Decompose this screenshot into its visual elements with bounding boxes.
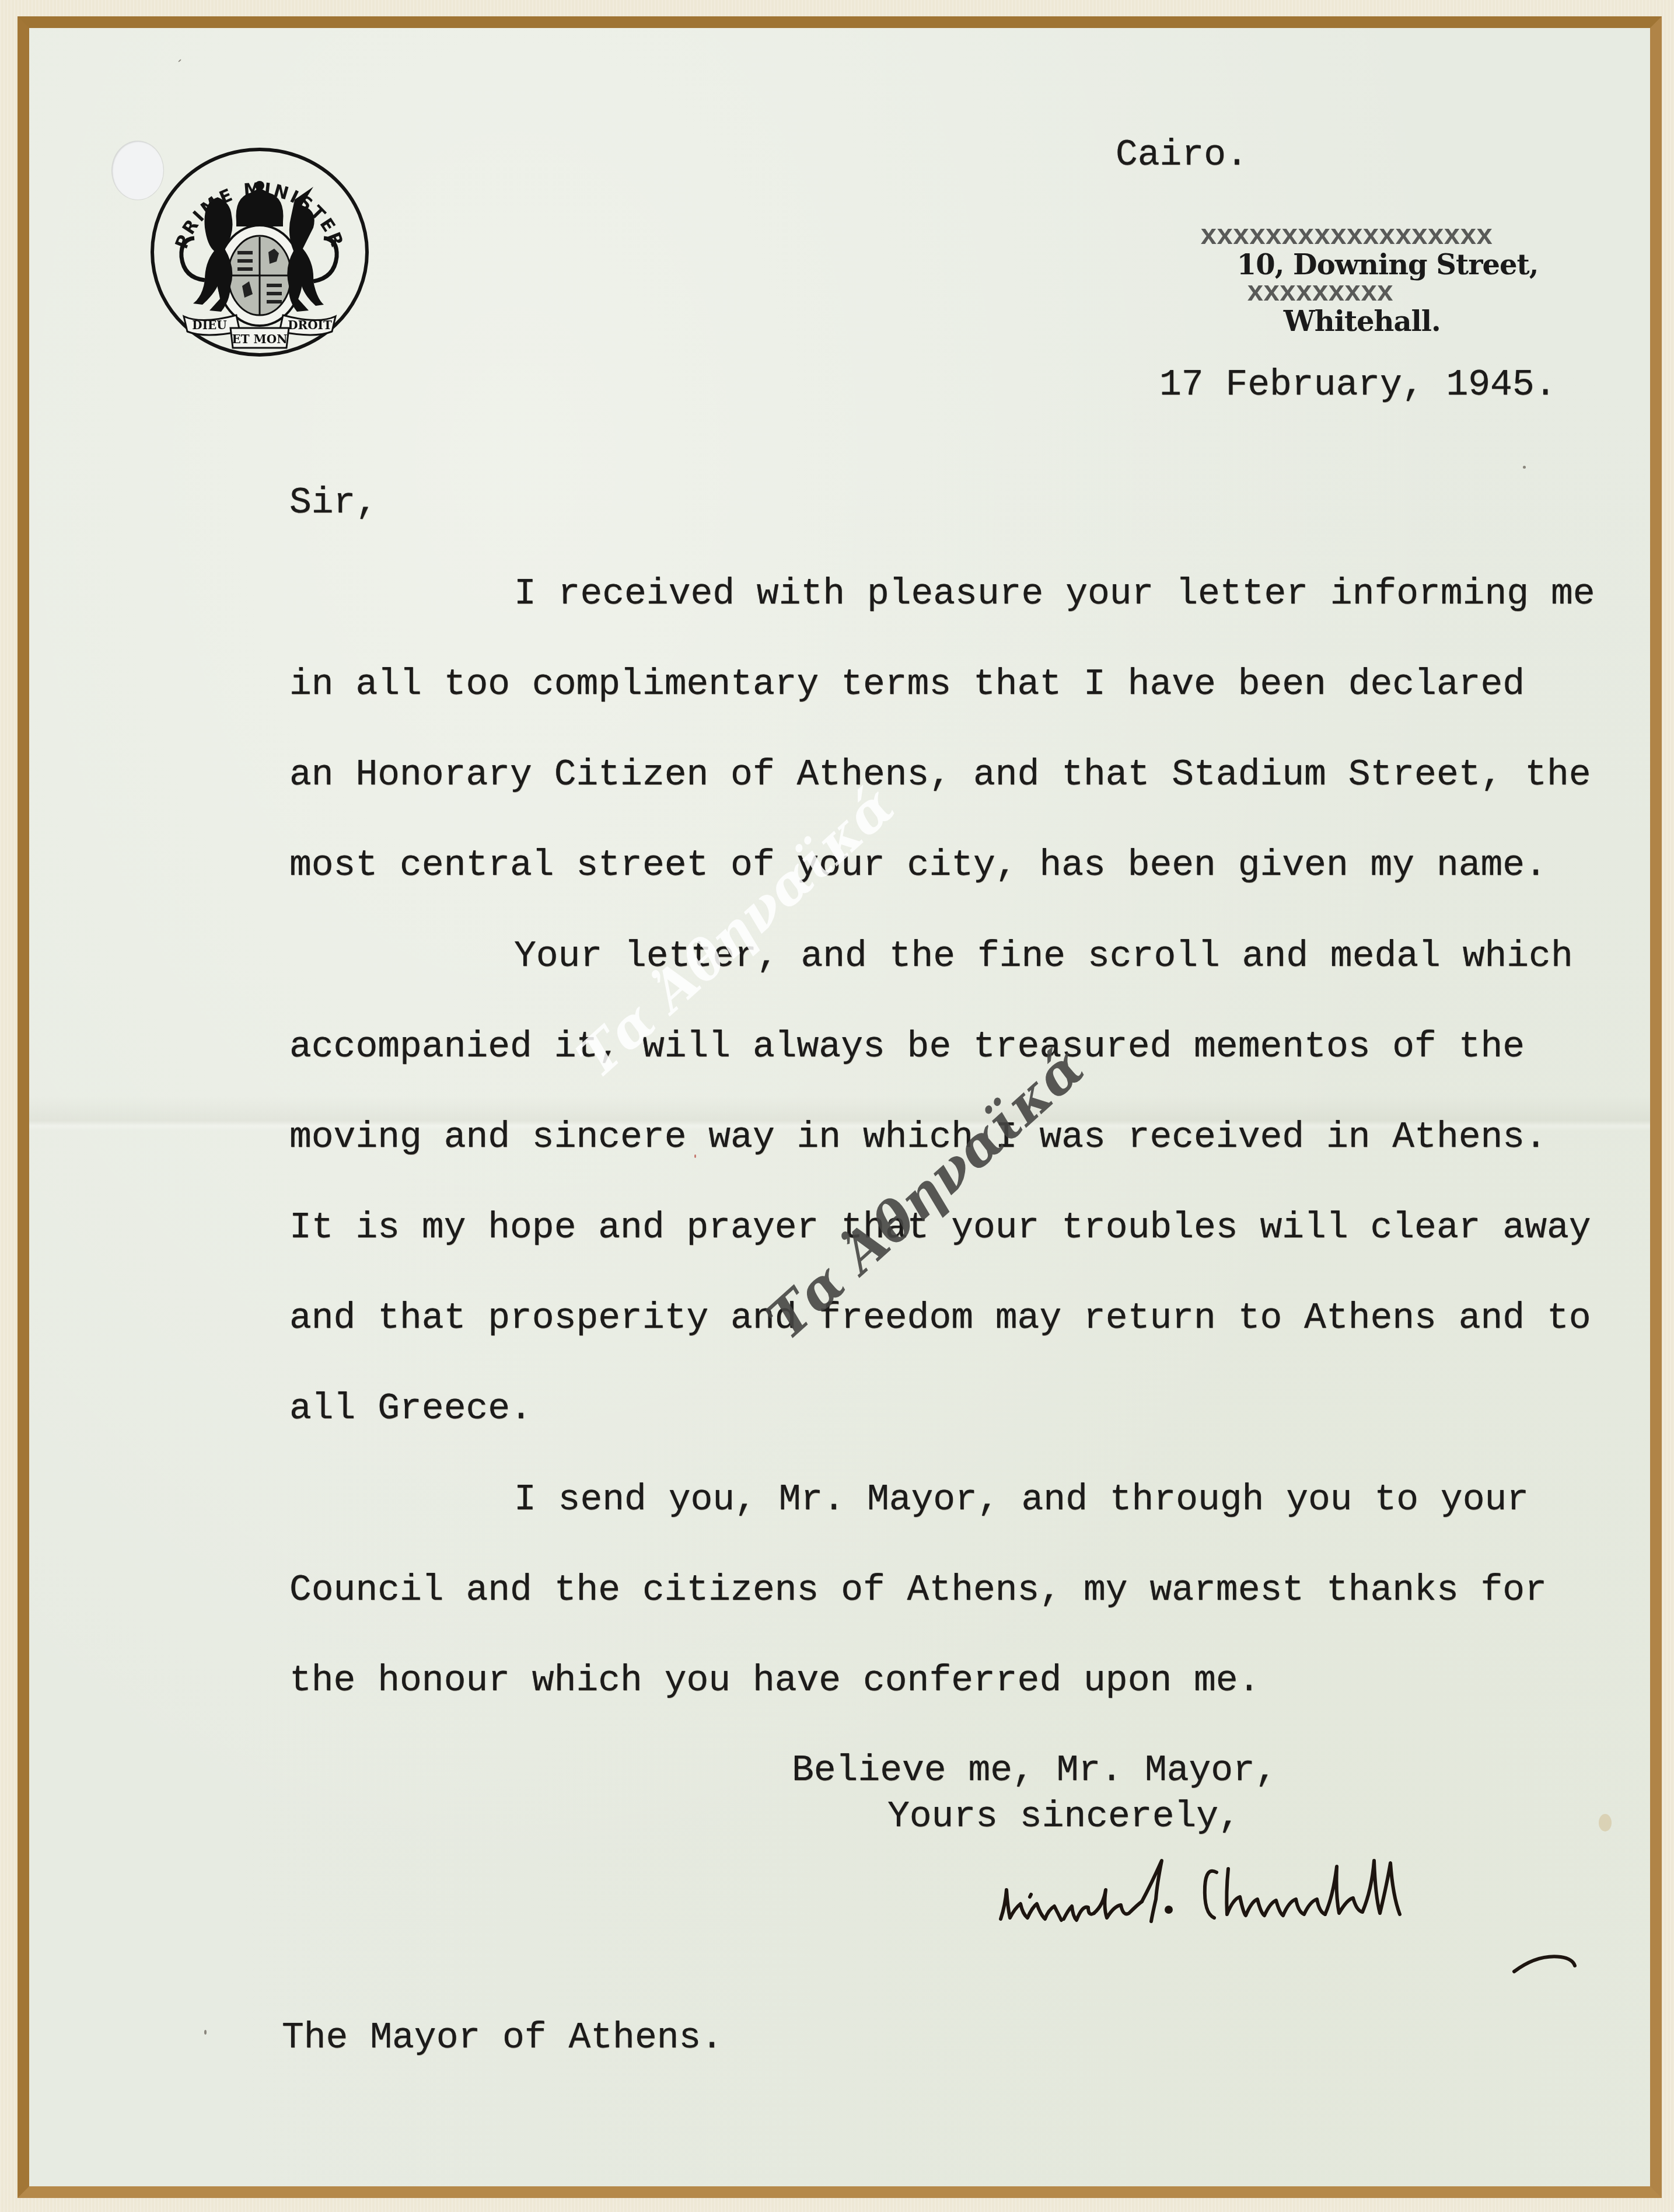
svg-text:ET MON: ET MON	[232, 332, 288, 346]
signature: Winston S. Churchill	[995, 1849, 1648, 2001]
letter-paper: PRIME MINISTER DIEU DROIT ET MON	[29, 28, 1650, 2186]
prime-minister-crest-icon: PRIME MINISTER DIEU DROIT ET MON	[149, 146, 371, 359]
body-line: and that prosperity and freedom may retu…	[289, 1300, 1591, 1337]
body-line: accompanied it, will always be treasured…	[289, 1028, 1525, 1065]
closing-line: Yours sincerely,	[887, 1798, 1240, 1835]
letterhead-text: 10, Downing Street,	[1237, 249, 1539, 281]
letterhead-text: Whitehall.	[1284, 305, 1441, 338]
body-line: the honour which you have conferred upon…	[289, 1662, 1260, 1699]
letterhead-strikeout: xxxxxxxxx	[1247, 280, 1393, 308]
body-line: moving and sincere way in which I was re…	[289, 1119, 1547, 1156]
place-line: Cairo.	[1116, 137, 1248, 173]
body-line: I send you, Mr. Mayor, and through you t…	[514, 1481, 1529, 1518]
body-line: Council and the citizens of Athens, my w…	[289, 1572, 1547, 1609]
date-line: 17 February, 1945.	[1159, 367, 1557, 403]
paper-speck	[1523, 466, 1526, 469]
paper-speck	[694, 1154, 696, 1158]
paper-speck	[1599, 1814, 1612, 1831]
salutation: Sir,	[289, 484, 378, 521]
body-line: an Honorary Citizen of Athens, and that …	[289, 756, 1591, 793]
paper-speck	[178, 59, 181, 62]
closing-line: Believe me, Mr. Mayor,	[792, 1752, 1277, 1789]
body-line: in all too complimentary terms that I ha…	[289, 666, 1525, 703]
addressee: The Mayor of Athens.	[282, 2019, 723, 2056]
body-line: all Greece.	[289, 1390, 532, 1427]
letterhead-strikeout: xxxxxxxxxxxxxxxxxx	[1200, 223, 1492, 251]
svg-text:DIEU: DIEU	[192, 318, 226, 332]
body-line: I received with pleasure your letter inf…	[514, 575, 1595, 612]
svg-text:DROIT: DROIT	[288, 318, 332, 332]
body-line: most central street of your city, has be…	[289, 847, 1547, 884]
paper-speck	[204, 2030, 207, 2035]
